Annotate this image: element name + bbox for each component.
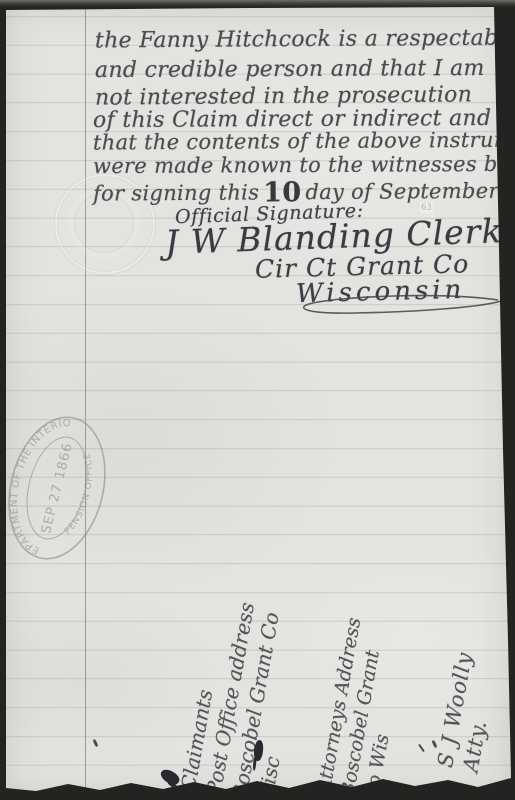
stamp-date: SEP 27 1866	[39, 441, 76, 535]
transcript-line-2: and credible person and that I am	[95, 56, 485, 83]
paper-sheet: DEPARTMENT OF THE INTERIOR PENSION OFFIC…	[0, 0, 515, 800]
margin-line	[85, 8, 86, 788]
transcript-line-5: that the contents of the above instrumen…	[93, 127, 515, 154]
signature-flourish	[293, 292, 505, 322]
transcript-line-1: the Fanny Hitchcock is a respectable	[95, 26, 515, 54]
margin-note: 63	[420, 203, 433, 213]
transcript-line-7-prefix: for signing this	[93, 180, 259, 205]
document-scan: DEPARTMENT OF THE INTERIOR PENSION OFFIC…	[0, 0, 515, 800]
